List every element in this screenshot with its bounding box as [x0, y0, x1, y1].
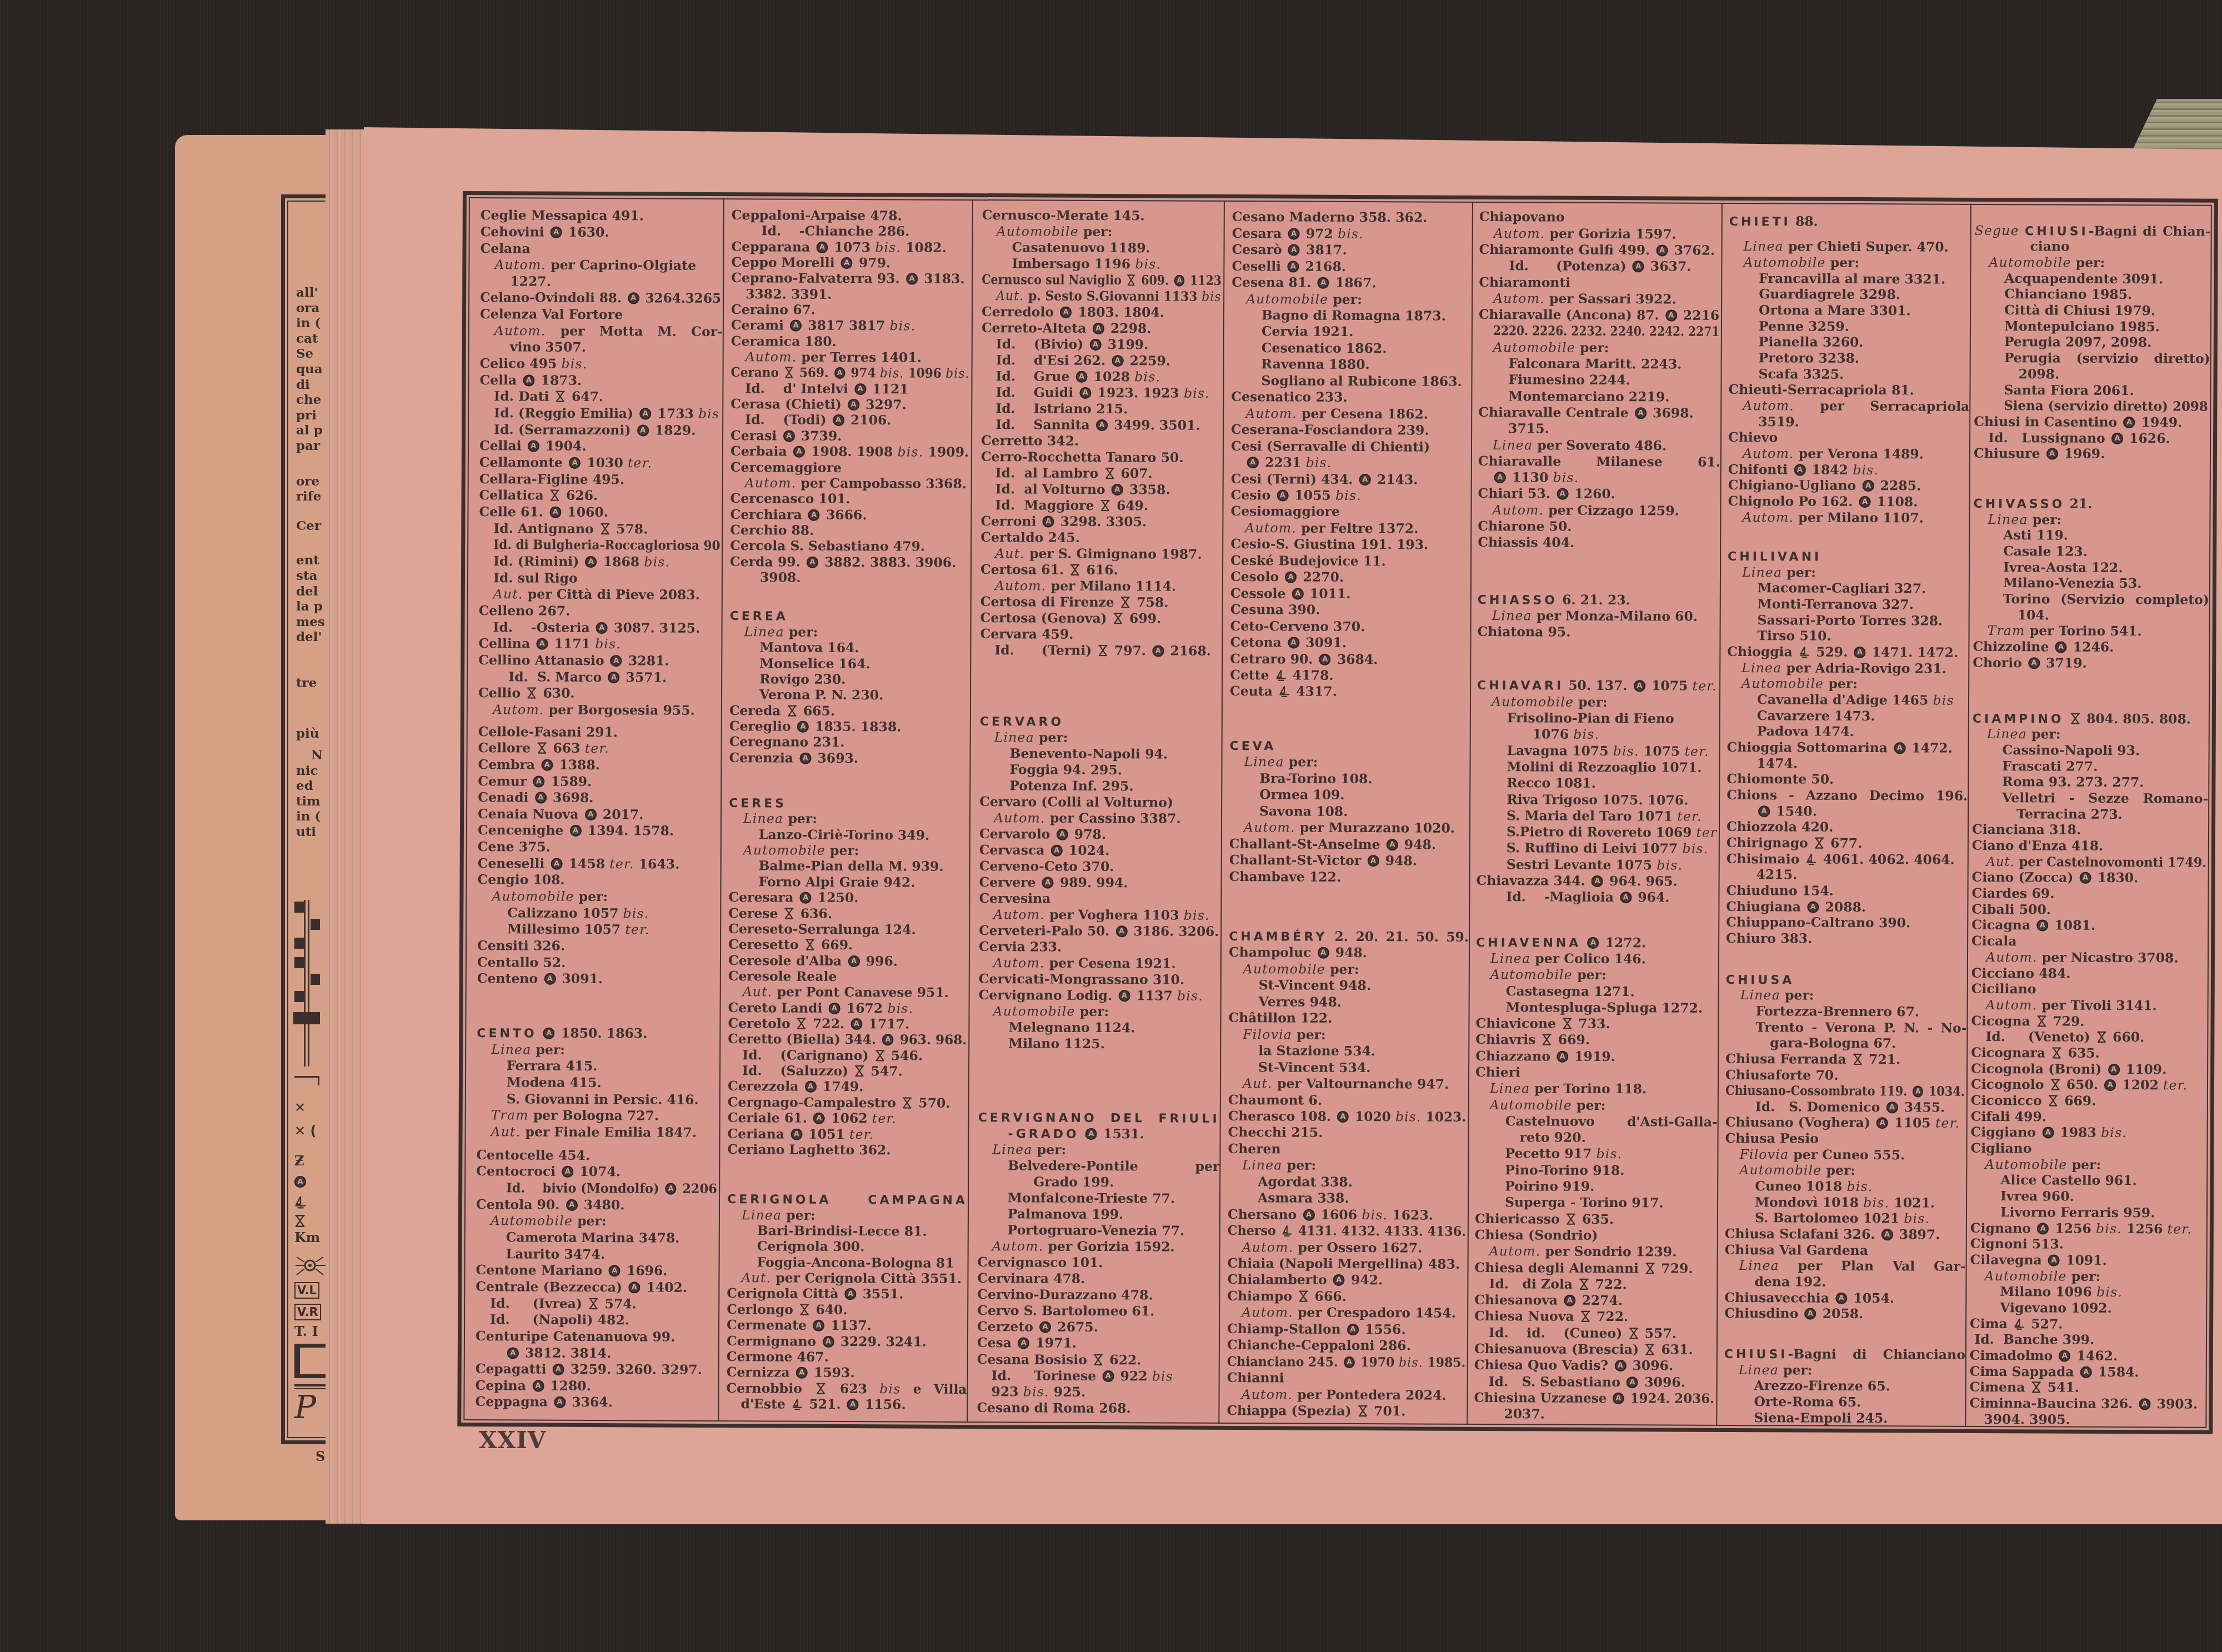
index-subentry: Id. di Zola 722.: [1474, 1276, 1716, 1293]
spacer: [1230, 700, 1470, 739]
tram-icon: [805, 939, 815, 951]
index-column-2: Ceppaloni-Arpaise 478.Id. -Chianche 286.…: [719, 207, 972, 1413]
index-subentry: Id. (Napoli) 482.: [476, 1311, 718, 1329]
italic-qualifier: Linea: [1740, 987, 1780, 1003]
italic-qualifier: Autom.: [494, 323, 546, 338]
cross-icon: ✕ (: [294, 1123, 316, 1139]
index-subentry: Bari-Brindisi-Lecce 81.: [727, 1223, 968, 1239]
index-entry: Chiavazza 344. 964. 965.: [1477, 873, 1719, 890]
line-text: Chambave 122.: [1229, 869, 1342, 885]
index-subentry: Ormea 109.: [1229, 787, 1469, 804]
index-entry: Cifali 499.: [1971, 1109, 2207, 1126]
index-entry: Cibali 500.: [1971, 902, 2208, 919]
index-entry: Chiavris 669.: [1475, 1032, 1718, 1049]
back-page-text-fragments: all'orain (catSequadicheprial pparorerif…: [296, 285, 327, 840]
index-entry: Centuripe Catenanuova 99.: [476, 1328, 718, 1346]
line-text: Autom. per Campobasso 3368.: [745, 475, 967, 492]
italic-qualifier: bis.: [1338, 226, 1364, 242]
italic-qualifier: Segue: [1975, 223, 2019, 238]
italic-qualifier: bis.: [1399, 1354, 1423, 1370]
line-text: Id. Banche 399.: [1970, 1331, 2094, 1348]
bus-service-icon: [1288, 228, 1300, 239]
index-entry: Ceriana 1051 ter.: [728, 1126, 968, 1143]
index-entry: Cesolo 2270.: [1230, 569, 1470, 586]
index-subentry: Linea per:: [1973, 726, 2209, 743]
line-text: Cesenatico 1862.: [1262, 340, 1387, 357]
line-text: Autom. per Ossero 1627.: [1242, 1239, 1423, 1256]
line-text: Cesa 1971.: [977, 1335, 1077, 1352]
bus-service-icon: [1318, 277, 1329, 289]
bus-service-icon: [854, 383, 866, 395]
index-subentry: Linea per:: [978, 1142, 1219, 1159]
line-text: vino 3507.: [510, 339, 586, 356]
line-text: Autom. per Serracapriola: [1743, 398, 1969, 414]
tram-icon: [1579, 1278, 1589, 1290]
line-text: Penne 3259.: [1759, 318, 1849, 334]
line-text: CHAMBÉRY 2. 20. 21. 50. 59.: [1229, 928, 1469, 946]
text-fragment: par: [296, 438, 327, 454]
text-fragment: ent: [296, 553, 327, 568]
index-subentry: Autom. per Cesena 1921.: [979, 955, 1220, 972]
line-text: CEVA: [1230, 738, 1277, 755]
line-text: Chiozzola 420.: [1726, 819, 1833, 835]
tram-icon: [1580, 1310, 1590, 1323]
line-text: Id. (Rimini) 1868 bis.: [493, 553, 670, 570]
spacer: [1726, 946, 1967, 972]
line-text: Frisolino-Pian di Fieno: [1507, 710, 1674, 727]
line-text: Cermenate 1137.: [727, 1317, 872, 1334]
index-subentry: Automobile per:: [1725, 1162, 1966, 1179]
line-text: Automobile per:: [492, 888, 608, 905]
line-text: Bra-Torino 108.: [1259, 770, 1372, 787]
line-text: Celle 61. 1060.: [479, 504, 608, 521]
index-entry: Cehovini 1630.: [481, 224, 723, 242]
line-text: Chianche-Ceppaloni 286.: [1227, 1337, 1411, 1354]
line-text: Savona 108.: [1259, 803, 1348, 820]
index-entry: Chiari 53. 1260.: [1478, 485, 1720, 503]
line-text: Palmanova 199.: [1008, 1207, 1123, 1223]
line-text: Celleno 267.: [479, 603, 570, 619]
line-text: CHIETI 88.: [1729, 213, 1818, 231]
bus-service-icon: [1112, 484, 1123, 495]
italic-qualifier: bis.: [880, 366, 904, 381]
line-text: 3715.: [1508, 420, 1549, 437]
bus-service-icon: [1614, 1360, 1626, 1371]
line-text: Autom. per Gorizia 1592.: [992, 1239, 1175, 1255]
bus-service-icon: [1587, 937, 1599, 948]
bus-service-icon: [850, 1018, 862, 1030]
bus-service-icon: [1090, 339, 1102, 351]
line-text: Ormea 109.: [1259, 787, 1344, 804]
line-text: Livorno Ferraris 959.: [2000, 1204, 2155, 1221]
italic-qualifier: bis: [1202, 288, 1222, 304]
line-text: Cerreto-Alteta 2298.: [982, 320, 1152, 337]
bus-service-icon: [1152, 645, 1164, 657]
index-subentry: Linea per Plan Val Gar-: [1725, 1258, 1966, 1275]
index-subentry: Fiumesino 2244.: [1478, 372, 1720, 389]
italic-qualifier: bis.: [2096, 1284, 2123, 1300]
line-text: Chiavris 669.: [1475, 1032, 1590, 1048]
line-text: Ciconicco 669.: [1971, 1093, 2096, 1109]
line-text: Belvedere-Pontile per: [1008, 1158, 1219, 1175]
bus-service-icon: [793, 446, 805, 458]
index-entry: Cellole-Fasani 291.: [478, 724, 721, 742]
line-text: Cheren: [1228, 1141, 1280, 1158]
line-text: CHIVASSO 21.: [1974, 495, 2093, 513]
tram-icon: [784, 367, 794, 379]
index-subentry: Castelnuovo d'Asti-Galla-: [1475, 1113, 1718, 1130]
bus-service-icon: [628, 293, 639, 304]
index-subentry: Linea per:: [729, 810, 969, 827]
station-heading: CERIGNOLA CAMPAGNA: [727, 1191, 968, 1208]
index-subentry: Linea per:: [727, 1207, 968, 1224]
bus-service-icon: [1805, 1308, 1816, 1320]
line-text: Guardiagrele 3298.: [1759, 286, 1900, 303]
line-text: Rovigo 230.: [759, 671, 845, 687]
line-text: Id. d'Esi 262. 2259.: [996, 352, 1171, 369]
bracket-symbol-icon: [294, 1344, 327, 1378]
italic-qualifier: ter.: [2168, 1221, 2192, 1237]
index-entry: Ceretolo 722. 1717.: [728, 1015, 968, 1032]
index-entry: Chiusaforte 70.: [1725, 1067, 1966, 1084]
line-text: 923 bis. 925.: [992, 1384, 1086, 1400]
index-subentry: Aut. per Cerignola Città 3551.: [727, 1270, 967, 1286]
line-text: Id. -Maglioia 964.: [1506, 889, 1669, 907]
line-text: Cemur 1589.: [478, 773, 592, 790]
line-text: Santa Fiora 2061.: [2004, 382, 2134, 399]
line-text: Cervesina: [979, 890, 1050, 907]
line-text: Modena 415.: [507, 1074, 602, 1091]
italic-qualifier: bis.: [1553, 470, 1579, 485]
line-text: Cimena 541.: [1970, 1379, 2079, 1396]
index-subentry: Automobile per:: [1479, 339, 1721, 357]
index-subentry: Palmanova 199.: [978, 1206, 1219, 1223]
line-text: Cerro-Rocchetta Tanaro 50.: [981, 449, 1184, 466]
italic-qualifier: Autom.: [1242, 1305, 1293, 1320]
bus-service-icon: [1807, 901, 1819, 913]
italic-qualifier: bis: [1933, 693, 1954, 708]
index-subentry: Aut. per Città di Pieve 2083.: [479, 586, 722, 604]
line-text: gara-Bologna 67.: [1770, 1035, 1896, 1052]
index-subentry: Cesenatico 1862.: [1232, 340, 1472, 357]
line-text: Benevento-Napoli 94.: [1010, 745, 1168, 762]
line-text: Centola 90. 3480.: [476, 1197, 625, 1214]
index-subentry: St-Vincent 534.: [1228, 1059, 1468, 1077]
index-subentry: Autom. per Cesena 1862.: [1231, 406, 1471, 423]
index-entry: Ciciliano: [1971, 981, 2208, 998]
index-entry: Cerami 3817 3817 bis.: [731, 317, 972, 334]
italic-qualifier: bis.: [1362, 1207, 1388, 1223]
line-text: Chiusdino 2058.: [1724, 1305, 1863, 1322]
italic-qualifier: Automobile: [997, 223, 1079, 239]
index-entry: Cicogna 729.: [1971, 1013, 2207, 1030]
text-fragment: N: [296, 748, 327, 763]
bus-service-icon: [1319, 653, 1331, 665]
index-entry: Cesa 1971.: [977, 1335, 1219, 1353]
italic-qualifier: bis.: [887, 1000, 913, 1016]
line-text: Aut. per Castelnovomonti 1749.: [1986, 854, 2206, 870]
line-text: Autom. per Caprino-Olgiate: [494, 257, 696, 274]
index-entry: Ceraino 67.: [731, 302, 972, 318]
line-text: Id. S. Sebastiano 3096.: [1489, 1374, 1685, 1391]
index-subentry: Autom. per Campobasso 3368.: [730, 475, 971, 492]
index-subentry: Linea per:: [1724, 1362, 1965, 1379]
index-entry: Cianciana 318.: [1972, 822, 2208, 839]
line-text: CHIAVARI 50. 137. 1075 ter.: [1477, 677, 1717, 695]
index-entry: Chirignago 677.: [1726, 835, 1968, 852]
line-text: Chiesanuova (Brescia) 631.: [1474, 1341, 1693, 1358]
tram-icon: [2048, 1094, 2058, 1107]
index-subentry: Id. Guidi 1923. 1923 bis.: [981, 384, 1223, 402]
line-text: Tram per Torino 541.: [1988, 623, 2142, 639]
index-entry: Cervignasco 101.: [978, 1254, 1219, 1271]
italic-qualifier: Automobile: [1490, 967, 1573, 983]
italic-qualifier: Linea: [1987, 726, 2027, 742]
index-subentry: 4215.: [1726, 867, 1968, 884]
t-label: T. I: [294, 1324, 318, 1339]
line-text: Linea per:: [1987, 726, 2061, 742]
text-fragment: del: [296, 584, 327, 599]
index-subentry: Rovigo 230.: [729, 671, 970, 688]
text-fragment: nic: [296, 763, 327, 779]
tram-icon: [1562, 1018, 1572, 1030]
index-subentry: Forno Alpi Graie 942.: [729, 874, 969, 890]
line-text: Perugia 2097, 2098.: [2004, 334, 2152, 351]
index-subentry: Falconara Maritt. 2243.: [1479, 356, 1721, 373]
index-entry: Chiusdino 2058.: [1724, 1305, 1965, 1323]
index-entry: Certosa di Firenze 758.: [980, 594, 1222, 611]
line-text: Chiazzano 1919.: [1475, 1048, 1615, 1065]
line-text: Automobile per:: [1490, 967, 1607, 983]
index-entry: Cerredolo 1803. 1804.: [982, 304, 1223, 321]
index-subentry: Livorno Ferraris 959.: [1970, 1204, 2206, 1222]
text-fragment: pri: [296, 408, 327, 423]
line-text: Chiuduno 154.: [1726, 883, 1834, 899]
index-entry: Cerveteri-Palo 50. 3186. 3206.: [979, 923, 1220, 940]
spacer: [730, 585, 970, 609]
bus-service-icon: [847, 1399, 859, 1410]
index-subentry: Balme-Pian della M. 939.: [729, 858, 969, 875]
line-text: Chiusa Sclafani 326. 3897.: [1725, 1226, 1940, 1243]
bus-service-icon: [1079, 387, 1091, 399]
index-subentry: Aut. per S. Gimignano 1987.: [980, 545, 1222, 563]
text-fragment: tim: [296, 794, 327, 809]
text-fragment: ore: [296, 474, 327, 489]
bus-service-icon: [783, 430, 795, 442]
heading-station-name: CHAMBÉRY: [1229, 930, 1327, 944]
line-text: Cerchio 88.: [730, 522, 814, 538]
index-subentry: Autom. per Cassino 3387.: [979, 810, 1221, 827]
index-entry: Ceriano Laghetto 362.: [727, 1142, 968, 1158]
line-text: 4215.: [1756, 867, 1798, 883]
italic-qualifier: Autom.: [1492, 502, 1544, 518]
line-text: Torino (Servizio completo): [2003, 591, 2209, 608]
line-text: Linea per Colico 146.: [1490, 950, 1646, 968]
bus-service-icon: [1634, 680, 1645, 692]
index-subentry: 2098.: [1974, 366, 2210, 383]
italic-qualifier: ter.: [1692, 678, 1716, 694]
bus-service-icon: [549, 507, 561, 518]
line-text: Automobile per:: [1984, 1268, 2100, 1285]
line-text: Ceriale 61. 1062 ter.: [728, 1110, 897, 1127]
index-subentry: Molini di Rezzoaglio 1071.: [1477, 759, 1719, 776]
heading-station-name: CHIASSO: [1478, 593, 1558, 608]
station-heading: CHIUSI-Bagni di Chianciano: [1724, 1346, 1965, 1363]
bus-service-icon: [1317, 947, 1329, 959]
line-text: Linea per:: [1742, 564, 1816, 580]
bus-service-icon: [805, 1081, 817, 1093]
italic-qualifier: bis: [1152, 1368, 1173, 1384]
index-subentry: 2231 bis.: [1231, 454, 1471, 472]
line-text: Cesi (Serravalle di Chienti): [1231, 438, 1430, 455]
line-text: Id. Istriano 215.: [995, 401, 1128, 417]
line-text: Castelnuovo d'Asti-Galla-: [1505, 1113, 1718, 1130]
line-text: Chiesanova 2274.: [1474, 1292, 1623, 1309]
italic-qualifier: bis.: [1177, 988, 1203, 1004]
bus-service-icon: [1665, 310, 1677, 322]
index-entry: Chiaramonti: [1479, 274, 1721, 292]
index-subentry: Perugia (servizio diretto): [1974, 350, 2210, 367]
tram-icon: [1629, 1327, 1639, 1339]
index-entry: Cesi (Terni) 434. 2143.: [1231, 471, 1471, 488]
line-text: Cesena 81. 1867.: [1232, 274, 1376, 292]
bus-service-icon: [1359, 474, 1371, 485]
bus-service-icon: [585, 809, 597, 820]
line-text: Cepina 1280.: [476, 1378, 591, 1395]
line-text: Cicogna 729.: [1971, 1013, 2084, 1029]
index-entry: Cerchio 88.: [730, 522, 970, 539]
italic-qualifier: Automobile: [1493, 339, 1575, 356]
index-subentry: Cerignola 300.: [727, 1238, 968, 1255]
line-text: Cigliano: [1970, 1140, 2031, 1157]
line-text: Id. d' Intelvi 1121: [745, 381, 908, 397]
tram-icon: [1098, 644, 1108, 657]
index-entry: Certaldo 245.: [980, 529, 1222, 547]
line-text: Chiaramonti: [1479, 274, 1570, 291]
line-text: Challant-St-Victor 948.: [1229, 852, 1417, 869]
line-text: 2098.: [2019, 366, 2060, 382]
line-text: Cene 375.: [478, 839, 551, 855]
index-entry: Chiusavecchia 1054.: [1724, 1290, 1965, 1307]
line-text: Autom. per Sassari 3922.: [1493, 291, 1676, 308]
index-subentry: Id. Sannita 3499. 3501.: [981, 417, 1223, 434]
text-fragment: mes: [296, 614, 327, 630]
line-text: Monselice 164.: [759, 655, 870, 672]
line-text: Lanzo-Ciriè-Torino 349.: [759, 827, 929, 843]
bus-service-icon: [816, 241, 828, 253]
line-text: Ravenna 1880.: [1262, 357, 1370, 373]
italic-qualifier: Linea: [1490, 1080, 1530, 1096]
index-subentry: Cassino-Napoli 93.: [1973, 742, 2209, 759]
line-text: Cereseto-Serralunga 124.: [728, 921, 916, 938]
bus-service-icon: [2048, 1254, 2060, 1266]
index-entry: Cervia 233.: [979, 939, 1220, 956]
index-subentry: Automobile per:: [1477, 694, 1719, 711]
index-entry: Cicognola (Broni) 1109.: [1971, 1061, 2207, 1078]
italic-qualifier: Filovia: [1243, 1027, 1292, 1042]
italic-qualifier: Autom.: [1494, 226, 1545, 241]
line-text: Cicognola (Broni) 1109.: [1971, 1061, 2166, 1078]
railway-block-icon: [294, 938, 304, 949]
bus-service-icon: [294, 1176, 306, 1188]
line-text: Autom. per Cesena 1862.: [1245, 406, 1428, 423]
line-text: Chaumont 6.: [1228, 1092, 1322, 1109]
s-label: S: [316, 1449, 325, 1464]
italic-qualifier: Autom.: [1242, 1386, 1293, 1402]
line-text: Chiusa Ferranda 721.: [1725, 1051, 1900, 1068]
index-entry: Cermenate 1137.: [727, 1317, 967, 1334]
line-text: Balme-Pian della M. 939.: [759, 858, 944, 875]
index-subentry: Autom. per Caprino-Olgiate: [480, 257, 723, 274]
index-entry: Ciardes 69.: [1971, 885, 2208, 903]
italic-qualifier: Aut.: [1243, 1075, 1273, 1091]
index-entry: Ceretto (Biella) 344. 963. 968.: [728, 1032, 968, 1048]
index-entry: Chiatona 95.: [1477, 624, 1719, 641]
line-text: Chiari 53. 1260.: [1478, 485, 1615, 502]
text-fragment: all': [296, 285, 327, 301]
bus-service-icon: [1854, 647, 1866, 658]
line-text: Melegnano 1124.: [1008, 1020, 1135, 1037]
index-subentry: Id. Dati 647.: [479, 389, 722, 407]
line-text: Ivrea-Aosta 122.: [2003, 559, 2123, 576]
index-entry: Chifonti 1842 bis.: [1728, 461, 1969, 478]
heading-station-name: CERES: [729, 797, 787, 810]
index-subentry: Autom. per Sassari 3922.: [1479, 291, 1721, 308]
index-entry: Cerreto-Alteta 2298.: [982, 320, 1223, 337]
index-entry: Cenaia Nuova 2017.: [478, 806, 720, 824]
bus-service-icon: [848, 955, 860, 967]
bus-service-icon: [1060, 306, 1072, 318]
italic-qualifier: bis.: [644, 554, 670, 569]
index-subentry: Id. (Rimini) 1868 bis.: [479, 553, 722, 571]
bus-service-icon: [2046, 448, 2058, 460]
line-text: Padova 1474.: [1757, 724, 1854, 740]
line-text: Id. (Bivio) 3199.: [996, 336, 1149, 353]
italic-qualifier: Automobile: [743, 842, 825, 858]
ship-icon: [1275, 669, 1287, 681]
italic-qualifier: bis.: [1853, 462, 1879, 477]
line-text: Cherasco 108. 1020 bis. 1023.: [1228, 1108, 1467, 1125]
line-text: Cellamonte 1030 ter.: [479, 454, 653, 472]
bus-service-icon: [1894, 742, 1905, 754]
ship-icon: [1279, 685, 1290, 698]
bus-service-icon: [2079, 872, 2091, 884]
index-entry: Chianche-Ceppaloni 286.: [1227, 1337, 1467, 1354]
bus-service-icon: [541, 759, 553, 770]
line-text: Cereda 665.: [729, 703, 835, 719]
index-subentry: Id. S. Domenico 3455.: [1725, 1099, 1966, 1116]
line-text: Ceuta 4317.: [1230, 683, 1337, 700]
line-text: S. Maria del Taro 1071 ter.: [1507, 808, 1702, 825]
index-subentry: Orte-Roma 65.: [1724, 1394, 1965, 1411]
line-text: Linea per:: [1740, 987, 1814, 1003]
line-text: Centrale (Bezzecca) 1402.: [476, 1279, 687, 1296]
bus-service-icon: [1039, 1321, 1051, 1333]
line-text: Linea per:: [491, 1042, 565, 1058]
bus-service-icon: [1285, 572, 1297, 583]
index-entry: Cerezzola 1749.: [728, 1079, 968, 1095]
index-column-3: Cernusco-Merate 145.Automobile per:Casat…: [968, 207, 1223, 1417]
heading-station-name: CHIETI: [1729, 215, 1791, 229]
line-text: Cernusco sul Naviglio 609. 1123: [982, 272, 1222, 289]
index-subentry: Milano-Venezia 53.: [1973, 575, 2209, 592]
line-text: Cerbaia 1908. 1908 bis. 1909.: [730, 443, 969, 460]
index-subentry: Autom. per Serracapriola: [1728, 398, 1969, 415]
line-text: Autom. per Murazzano 1020.: [1244, 819, 1455, 837]
index-entry: Cicognolo 650. 1202 ter.: [1971, 1077, 2207, 1094]
index-subentry: Agordat 338.: [1228, 1174, 1468, 1191]
italic-qualifier: Linea: [1492, 608, 1532, 623]
